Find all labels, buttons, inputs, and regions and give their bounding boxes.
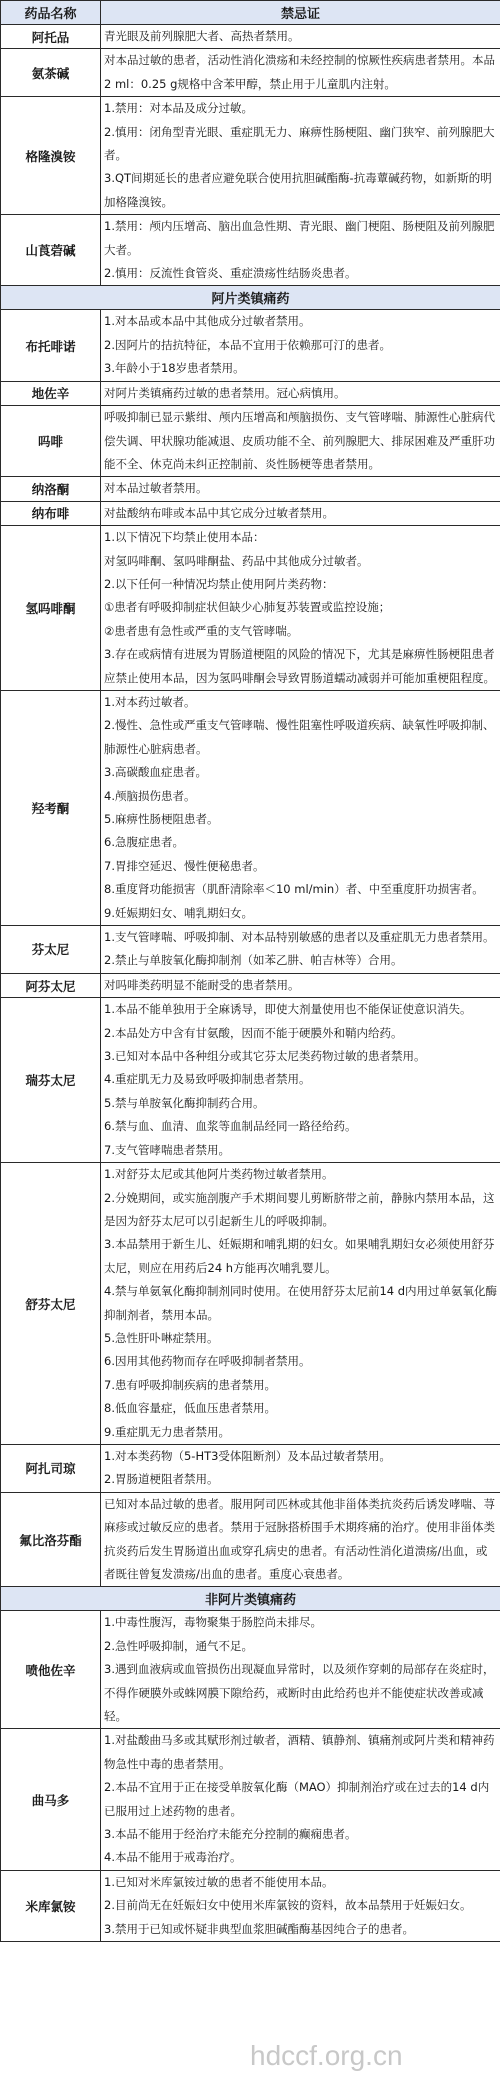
contraindication-line: 1.中毒性腹泻，毒物聚集于肠腔尚未排尽。 [104,1611,498,1634]
contraindication-line: 青光眼及前列腺肥大者、高热者禁用。 [104,25,498,48]
contraindications-table: 药品名称 禁忌证 阿托品青光眼及前列腺肥大者、高热者禁用。氨茶碱对本品过敏的患者… [0,0,500,1942]
contraindication-line: 1.对舒芬太尼或其他阿片类药物过敏者禁用。 [104,1163,498,1186]
drug-name: 格隆溴铵 [1,97,101,215]
contraindication-line: 2.本品处方中含有甘氨酸，因而不能于硬膜外和鞘内给药。 [104,1022,498,1045]
drug-name: 纳洛酮 [1,477,101,501]
contraindication-line: 2.本品不宜用于正在接受单胺氧化酶（MAO）抑制剂治疗或在过去的14 d内已服用… [104,1776,498,1823]
drug-name: 吗啡 [1,406,101,477]
contraindication-line: 2.慢性、急性或严重支气管哮喘、慢性阻塞性呼吸道疾病、缺氧性呼吸抑制、肺源性心脏… [104,714,498,761]
contraindication-line: 6.禁与血、血清、血浆等血制品经同一路径给药。 [104,1115,498,1138]
drug-name: 瑞芬太尼 [1,998,101,1163]
header-drug-name: 药品名称 [1,1,101,25]
contraindication-line: 4.重症肌无力及易致呼吸抑制患者禁用。 [104,1068,498,1091]
contraindication-line: 3.禁用于已知或怀疑非典型血浆胆碱酯酶基因纯合子的患者。 [104,1918,498,1941]
contraindication-line: 9.重症肌无力患者禁用。 [104,1421,498,1444]
contraindication-line: 2.以下任何一种情况均禁止使用阿片类药物： [104,573,498,596]
table-row: 纳洛酮对本品过敏者禁用。 [1,477,500,501]
drug-name: 羟考酮 [1,690,101,925]
contraindication-line: 1.禁用：颅内压增高、脑出血急性期、青光眼、幽门梗阻、肠梗阻及前列腺肥大者。 [104,215,498,262]
contraindication-cell: 1.对本药过敏者。2.慢性、急性或严重支气管哮喘、慢性阻塞性呼吸道疾病、缺氧性呼… [101,690,500,925]
drug-name: 阿扎司琼 [1,1444,101,1492]
contraindication-cell: 1.对盐酸曲马多或其赋形剂过敏者，酒精、镇静剂、镇痛剂或阿片类和精神药物急性中毒… [101,1729,500,1870]
table-row: 地佐辛对阿片类镇痛药过敏的患者禁用。冠心病慎用。 [1,381,500,405]
contraindication-cell: 对吗啡类药明显不能耐受的患者禁用。 [101,973,500,997]
contraindication-line: 5.急性肝卟啉症禁用。 [104,1327,498,1350]
contraindication-line: 3.本品不能用于经治疗未能充分控制的癫痫患者。 [104,1823,498,1846]
drug-name: 米库氯铵 [1,1870,101,1941]
contraindication-line: 2.目前尚无在妊娠妇女中使用米库氯铵的资料，故本品禁用于妊娠妇女。 [104,1894,498,1917]
watermark: hdccf.org.cn [250,2040,403,2072]
contraindication-line: 2.慎用：反流性食管炎、重症溃疡性结肠炎患者。 [104,262,498,285]
contraindication-line: 对本品过敏的患者，活动性消化溃疡和未经控制的惊厥性疾病患者禁用。本品2 ml：0… [104,49,498,96]
contraindication-line: 2.因阿片的拮抗特征，本品不宜用于依赖那可汀的患者。 [104,334,498,357]
contraindication-cell: 对本品过敏的患者，活动性消化溃疡和未经控制的惊厥性疾病患者禁用。本品2 ml：0… [101,49,500,97]
contraindication-cell: 1.禁用：对本品及成分过敏。2.慎用：闭角型青光眼、重症肌无力、麻痹性肠梗阻、幽… [101,97,500,215]
contraindication-line: 9.妊娠期妇女、哺乳期妇女。 [104,902,498,925]
table-row: 吗啡呼吸抑制已显示紫绀、颅内压增高和颅脑损伤、支气管哮喘、肺源性心脏病代偿失调、… [1,406,500,477]
table-row: 格隆溴铵1.禁用：对本品及成分过敏。2.慎用：闭角型青光眼、重症肌无力、麻痹性肠… [1,97,500,215]
table-body: 阿托品青光眼及前列腺肥大者、高热者禁用。氨茶碱对本品过敏的患者，活动性消化溃疡和… [1,25,500,1942]
contraindication-cell: 对本品过敏者禁用。 [101,477,500,501]
contraindication-line: 7.胃排空延迟、慢性便秘患者。 [104,855,498,878]
contraindication-line: 对吗啡类药明显不能耐受的患者禁用。 [104,974,498,997]
contraindication-line: 7.支气管哮喘患者禁用。 [104,1139,498,1162]
contraindication-line: 2.慎用：闭角型青光眼、重症肌无力、麻痹性肠梗阻、幽门狭窄、前列腺肥大者。 [104,121,498,168]
drug-name: 布托啡诺 [1,310,101,381]
table-row: 氟比洛芬酯已知对本品过敏的患者。服用阿司匹林或其他非甾体类抗炎药后诱发哮喘、荨麻… [1,1492,500,1587]
contraindication-line: 8.低血容量症，低血压患者禁用。 [104,1397,498,1420]
drug-name: 芬太尼 [1,926,101,974]
contraindication-line: 7.患有呼吸抑制疾病的患者禁用。 [104,1374,498,1397]
contraindication-line: 4.禁与单氨氧化酶抑制剂同时使用。在使用舒芬太尼前14 d内用过单氨氧化酶抑制剂… [104,1280,498,1327]
contraindication-line: 2.急性呼吸抑制，通气不足。 [104,1635,498,1658]
contraindication-cell: 1.对舒芬太尼或其他阿片类药物过敏者禁用。2.分娩期间，或实施剖腹产手术期间婴儿… [101,1163,500,1445]
drug-name: 阿芬太尼 [1,973,101,997]
table-row: 瑞芬太尼1.本品不能单独用于全麻诱导，即使大剂量使用也不能保证使意识消失。2.本… [1,998,500,1163]
table-row: 山莨菪碱1.禁用：颅内压增高、脑出血急性期、青光眼、幽门梗阻、肠梗阻及前列腺肥大… [1,215,500,286]
contraindication-line: 3.已知对本品中各种组分或其它芬太尼类药物过敏的患者禁用。 [104,1045,498,1068]
contraindication-line: 3.遇到血液病或血管损伤出现凝血异常时，以及须作穿刺的局部存在炎症时，不得作硬膜… [104,1658,498,1728]
contraindication-line: 对本品过敏者禁用。 [104,477,498,500]
contraindication-line: 5.麻痹性肠梗阻患者。 [104,808,498,831]
contraindication-line: ①患者有呼吸抑制症状但缺少心肺复苏装置或监控设施； [104,596,498,619]
table-row: 布托啡诺1.对本品或本品中其他成分过敏者禁用。2.因阿片的拮抗特征，本品不宜用于… [1,310,500,381]
contraindication-cell: 1.本品不能单独用于全麻诱导，即使大剂量使用也不能保证使意识消失。2.本品处方中… [101,998,500,1163]
table-row: 氨茶碱对本品过敏的患者，活动性消化溃疡和未经控制的惊厥性疾病患者禁用。本品2 m… [1,49,500,97]
contraindication-cell: 1.支气管哮喘、呼吸抑制、对本品特别敏感的患者以及重症肌无力患者禁用。2.禁止与… [101,926,500,974]
contraindication-line: 2.胃肠道梗阻者禁用。 [104,1468,498,1491]
contraindication-cell: 1.中毒性腹泻，毒物聚集于肠腔尚未排尽。2.急性呼吸抑制，通气不足。3.遇到血液… [101,1611,500,1729]
drug-name: 喷他佐辛 [1,1611,101,1729]
contraindication-line: 4.本品不能用于戒毒治疗。 [104,1846,498,1869]
drug-name: 山莨菪碱 [1,215,101,286]
contraindication-line: 3.存在或病情有进展为胃肠道梗阻的风险的情况下，尤其是麻痹性肠梗阻患者应禁止使用… [104,643,498,690]
contraindication-line: 6.急腹症患者。 [104,831,498,854]
contraindication-cell: 1.对本类药物（5-HT3受体阻断剂）及本品过敏者禁用。2.胃肠道梗阻者禁用。 [101,1444,500,1492]
category-label: 阿片类镇痛药 [1,286,500,310]
drug-name: 地佐辛 [1,381,101,405]
drug-name: 氟比洛芬酯 [1,1492,101,1587]
contraindication-cell: 呼吸抑制已显示紫绀、颅内压增高和颅脑损伤、支气管哮喘、肺源性心脏病代偿失调、甲状… [101,406,500,477]
contraindication-cell: 已知对本品过敏的患者。服用阿司匹林或其他非甾体类抗炎药后诱发哮喘、荨麻疹或过敏反… [101,1492,500,1587]
contraindication-line: 3.年龄小于18岁患者禁用。 [104,357,498,380]
table-row: 舒芬太尼1.对舒芬太尼或其他阿片类药物过敏者禁用。2.分娩期间，或实施剖腹产手术… [1,1163,500,1445]
contraindication-line: 2.分娩期间，或实施剖腹产手术期间婴儿剪断脐带之前，静脉内禁用本品，这是因为舒芬… [104,1187,498,1234]
contraindication-line: 6.因用其他药物而存在呼吸抑制者禁用。 [104,1350,498,1373]
table-row: 阿托品青光眼及前列腺肥大者、高热者禁用。 [1,25,500,49]
table-row: 阿芬太尼对吗啡类药明显不能耐受的患者禁用。 [1,973,500,997]
contraindication-line: 对氢吗啡酮、氢吗啡酮盐、药品中其他成分过敏者。 [104,550,498,573]
contraindication-line: 5.禁与单胺氧化酶抑制药合用。 [104,1092,498,1115]
contraindication-line: 2.禁止与单胺氧化酶抑制剂（如苯乙肼、帕吉林等）合用。 [104,949,498,972]
contraindication-line: 对盐酸纳布啡或本品中其它成分过敏者禁用。 [104,502,498,525]
contraindication-line: 1.已知对米库氯铵过敏的患者不能使用本品。 [104,1871,498,1894]
table-row: 纳布啡对盐酸纳布啡或本品中其它成分过敏者禁用。 [1,501,500,525]
drug-name: 舒芬太尼 [1,1163,101,1445]
contraindication-line: 1.对盐酸曲马多或其赋形剂过敏者，酒精、镇静剂、镇痛剂或阿片类和精神药物急性中毒… [104,1729,498,1776]
contraindication-line: 已知对本品过敏的患者。服用阿司匹林或其他非甾体类抗炎药后诱发哮喘、荨麻疹或过敏反… [104,1493,498,1587]
contraindication-cell: 对盐酸纳布啡或本品中其它成分过敏者禁用。 [101,501,500,525]
contraindication-line: 1.对本品或本品中其他成分过敏者禁用。 [104,310,498,333]
drug-name: 氨茶碱 [1,49,101,97]
contraindication-line: 1.对本药过敏者。 [104,691,498,714]
category-label: 非阿片类镇痛药 [1,1587,500,1611]
drug-name: 阿托品 [1,25,101,49]
contraindication-line: 1.支气管哮喘、呼吸抑制、对本品特别敏感的患者以及重症肌无力患者禁用。 [104,926,498,949]
drug-name: 氢吗啡酮 [1,526,101,691]
category-row: 阿片类镇痛药 [1,286,500,310]
table-row: 羟考酮1.对本药过敏者。2.慢性、急性或严重支气管哮喘、慢性阻塞性呼吸道疾病、缺… [1,690,500,925]
contraindication-line: 3.QT间期延长的患者应避免联合使用抗胆碱酯酶-抗毒蕈碱药物，如新斯的明加格隆溴… [104,167,498,214]
category-row: 非阿片类镇痛药 [1,1587,500,1611]
contraindication-line: ②患者患有急性或严重的支气管哮喘。 [104,620,498,643]
contraindication-cell: 对阿片类镇痛药过敏的患者禁用。冠心病慎用。 [101,381,500,405]
contraindication-cell: 1.已知对米库氯铵过敏的患者不能使用本品。2.目前尚无在妊娠妇女中使用米库氯铵的… [101,1870,500,1941]
contraindication-cell: 青光眼及前列腺肥大者、高热者禁用。 [101,25,500,49]
table-row: 芬太尼1.支气管哮喘、呼吸抑制、对本品特别敏感的患者以及重症肌无力患者禁用。2.… [1,926,500,974]
contraindication-line: 呼吸抑制已显示紫绀、颅内压增高和颅脑损伤、支气管哮喘、肺源性心脏病代偿失调、甲状… [104,406,498,476]
drug-name: 曲马多 [1,1729,101,1870]
table-row: 喷他佐辛1.中毒性腹泻，毒物聚集于肠腔尚未排尽。2.急性呼吸抑制，通气不足。3.… [1,1611,500,1729]
table-row: 氢吗啡酮1.以下情况下均禁止使用本品：对氢吗啡酮、氢吗啡酮盐、药品中其他成分过敏… [1,526,500,691]
contraindication-cell: 1.禁用：颅内压增高、脑出血急性期、青光眼、幽门梗阻、肠梗阻及前列腺肥大者。2.… [101,215,500,286]
contraindication-line: 1.对本类药物（5-HT3受体阻断剂）及本品过敏者禁用。 [104,1445,498,1468]
contraindication-line: 3.本品禁用于新生儿、妊娠期和哺乳期的妇女。如果哺乳期妇女必须使用舒芬太尼，则应… [104,1233,498,1280]
table-row: 曲马多1.对盐酸曲马多或其赋形剂过敏者，酒精、镇静剂、镇痛剂或阿片类和精神药物急… [1,1729,500,1870]
table-row: 阿扎司琼1.对本类药物（5-HT3受体阻断剂）及本品过敏者禁用。2.胃肠道梗阻者… [1,1444,500,1492]
contraindication-cell: 1.以下情况下均禁止使用本品：对氢吗啡酮、氢吗啡酮盐、药品中其他成分过敏者。2.… [101,526,500,691]
contraindication-cell: 1.对本品或本品中其他成分过敏者禁用。2.因阿片的拮抗特征，本品不宜用于依赖那可… [101,310,500,381]
contraindication-line: 1.以下情况下均禁止使用本品： [104,526,498,549]
contraindication-line: 1.禁用：对本品及成分过敏。 [104,97,498,120]
contraindication-line: 1.本品不能单独用于全麻诱导，即使大剂量使用也不能保证使意识消失。 [104,998,498,1021]
contraindication-line: 3.高碳酸血症患者。 [104,761,498,784]
contraindication-line: 4.颅脑损伤患者。 [104,785,498,808]
drug-name: 纳布啡 [1,501,101,525]
table-header-row: 药品名称 禁忌证 [1,1,500,25]
header-contraindications: 禁忌证 [101,1,500,25]
contraindication-line: 8.重度肾功能损害（肌酐清除率＜10 ml/min）者、中至重度肝功损害者。 [104,878,498,901]
table-row: 米库氯铵1.已知对米库氯铵过敏的患者不能使用本品。2.目前尚无在妊娠妇女中使用米… [1,1870,500,1941]
contraindication-line: 对阿片类镇痛药过敏的患者禁用。冠心病慎用。 [104,382,498,405]
